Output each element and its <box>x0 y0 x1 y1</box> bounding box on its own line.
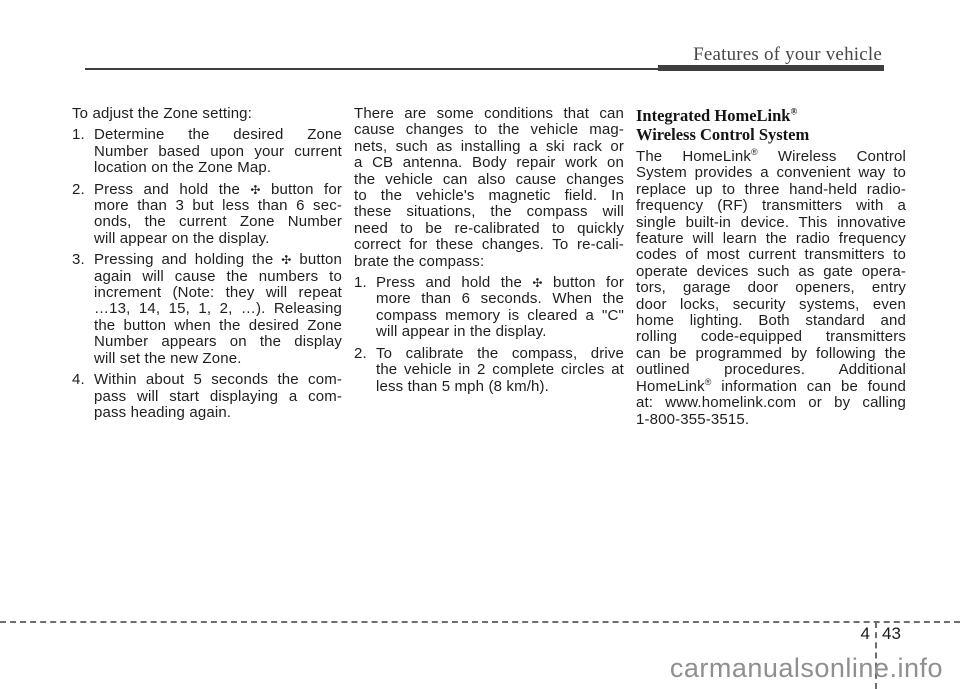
list-item-number: 3. <box>72 252 94 367</box>
compass-set-button-icon: ✣ <box>250 183 260 197</box>
paragraph: To adjust the Zone setting: <box>72 106 342 122</box>
column-homelink: Integrated HomeLink®Wireless Control Sys… <box>636 106 906 428</box>
text-line: more than 3 but less than 6 sec- <box>94 198 342 214</box>
text-line: tors, garage door openers, entry <box>636 280 906 296</box>
registered-trademark-icon: ® <box>751 147 758 157</box>
text-line: System provides a convenient way to <box>636 165 906 181</box>
list-item-text: Determine the desired ZoneNumber based u… <box>94 127 342 176</box>
page-number: 43 <box>882 624 901 644</box>
text-line: will appear in the display. <box>376 324 624 340</box>
text-line: Number based upon your current <box>94 144 342 160</box>
list-item-number: 2. <box>354 346 376 395</box>
page-header-title: Features of your vehicle <box>693 44 882 66</box>
text-line: the vehicle in 2 complete circles at <box>376 362 624 378</box>
text-line: Number appears on the display <box>94 334 342 350</box>
list-item-number: 1. <box>72 127 94 176</box>
text-line: operate devices such as gate opera- <box>636 264 906 280</box>
text-line: HomeLink® information can be found <box>636 379 906 395</box>
paragraph: The HomeLink® Wireless ControlSystem pro… <box>636 149 906 428</box>
text-line: frequency (RF) transmitters with a <box>636 198 906 214</box>
text-line: more than 6 seconds. When the <box>376 291 624 307</box>
text-line: these situations, the compass will <box>354 204 624 220</box>
text-line: Press and hold the ✣ button for <box>94 182 342 198</box>
registered-trademark-icon: ® <box>705 377 712 387</box>
text-line: need to be re-calibrated to quickly <box>354 221 624 237</box>
list-item-text: Pressing and holding the ✣ buttonagain w… <box>94 252 342 367</box>
column-zone-setting: To adjust the Zone setting:1.Determine t… <box>72 106 342 421</box>
text-line: will set the new Zone. <box>94 351 342 367</box>
text-line: Wireless Control System <box>636 125 906 144</box>
list-item-number: 4. <box>72 372 94 421</box>
text-line: …13, 14, 15, 1, 2, …). Releasing <box>94 301 342 317</box>
text-line: pass heading again. <box>94 405 342 421</box>
list-item-text: Press and hold the ✣ button formore than… <box>94 182 342 248</box>
text-line: increment (Note: they will repeat <box>94 285 342 301</box>
list-item-text: Press and hold the ✣ button formore than… <box>376 275 624 341</box>
text-line: a CB antenna. Body repair work on <box>354 155 624 171</box>
text-line: door locks, security systems, even <box>636 297 906 313</box>
chapter-number: 4 <box>852 624 870 644</box>
compass-set-button-icon: ✣ <box>281 253 291 267</box>
manual-page: Features of your vehicle To adjust the Z… <box>0 0 960 689</box>
text-line: less than 5 mph (8 km/h). <box>376 379 624 395</box>
header-rule-thick <box>658 65 884 71</box>
column-compass-calibration: There are some conditions that cancause … <box>354 106 624 395</box>
text-line: correct for these changes. To re-cali- <box>354 237 624 253</box>
text-line: at: www.homelink.com or by calling <box>636 395 906 411</box>
text-line: Within about 5 seconds the com- <box>94 372 342 388</box>
text-line: Determine the desired Zone <box>94 127 342 143</box>
text-line: location on the Zone Map. <box>94 160 342 176</box>
text-line: the button when the desired Zone <box>94 318 342 334</box>
text-line: Integrated HomeLink® <box>636 106 906 125</box>
list-item: 4.Within about 5 seconds the com-pass wi… <box>72 372 342 421</box>
text-line: rolling code-equipped transmitters <box>636 329 906 345</box>
list-item-text: To calibrate the compass, drivethe vehic… <box>376 346 624 395</box>
text-line: pass will start displaying a com- <box>94 389 342 405</box>
text-line: The HomeLink® Wireless Control <box>636 149 906 165</box>
section-heading: Integrated HomeLink®Wireless Control Sys… <box>636 106 906 144</box>
compass-set-button-icon: ✣ <box>532 276 542 290</box>
text-line: Pressing and holding the ✣ button <box>94 252 342 268</box>
text-line: To calibrate the compass, drive <box>376 346 624 362</box>
list-item-number: 1. <box>354 275 376 341</box>
text-line: compass memory is cleared a "C" <box>376 308 624 324</box>
text-line: codes of most current transmitters to <box>636 247 906 263</box>
text-line: to the vehicle's magnetic field. In <box>354 188 624 204</box>
text-line: nets, such as installing a ski rack or <box>354 139 624 155</box>
text-line: again will cause the numbers to <box>94 269 342 285</box>
list-item-text: Within about 5 seconds the com-pass will… <box>94 372 342 421</box>
list-item: 1.Press and hold the ✣ button formore th… <box>354 275 624 341</box>
text-line: can be programmed by following the <box>636 346 906 362</box>
list-item: 2.Press and hold the ✣ button formore th… <box>72 182 342 248</box>
text-line: There are some conditions that can <box>354 106 624 122</box>
registered-trademark-icon: ® <box>790 107 797 117</box>
text-line: single built-in device. This innovative <box>636 215 906 231</box>
text-line: the vehicle can also cause changes <box>354 172 624 188</box>
text-line: To adjust the Zone setting: <box>72 106 342 122</box>
text-line: replace up to three hand-held radio- <box>636 182 906 198</box>
text-line: will appear on the display. <box>94 231 342 247</box>
list-item-number: 2. <box>72 182 94 248</box>
text-line: 1-800-355-3515. <box>636 412 906 428</box>
list-item: 3.Pressing and holding the ✣ buttonagain… <box>72 252 342 367</box>
text-line: home lighting. Both standard and <box>636 313 906 329</box>
paragraph: There are some conditions that cancause … <box>354 106 624 270</box>
header-rule-thin <box>85 68 658 70</box>
watermark: carmanualsonline.info <box>670 653 943 684</box>
text-line: feature will learn the radio frequency <box>636 231 906 247</box>
list-item: 2.To calibrate the compass, drivethe veh… <box>354 346 624 395</box>
text-line: cause changes to the vehicle mag- <box>354 122 624 138</box>
list-item: 1.Determine the desired ZoneNumber based… <box>72 127 342 176</box>
text-line: outlined procedures. Additional <box>636 362 906 378</box>
text-line: brate the compass: <box>354 254 624 270</box>
text-line: Press and hold the ✣ button for <box>376 275 624 291</box>
text-line: onds, the current Zone Number <box>94 214 342 230</box>
footer-dashed-rule <box>0 621 960 623</box>
